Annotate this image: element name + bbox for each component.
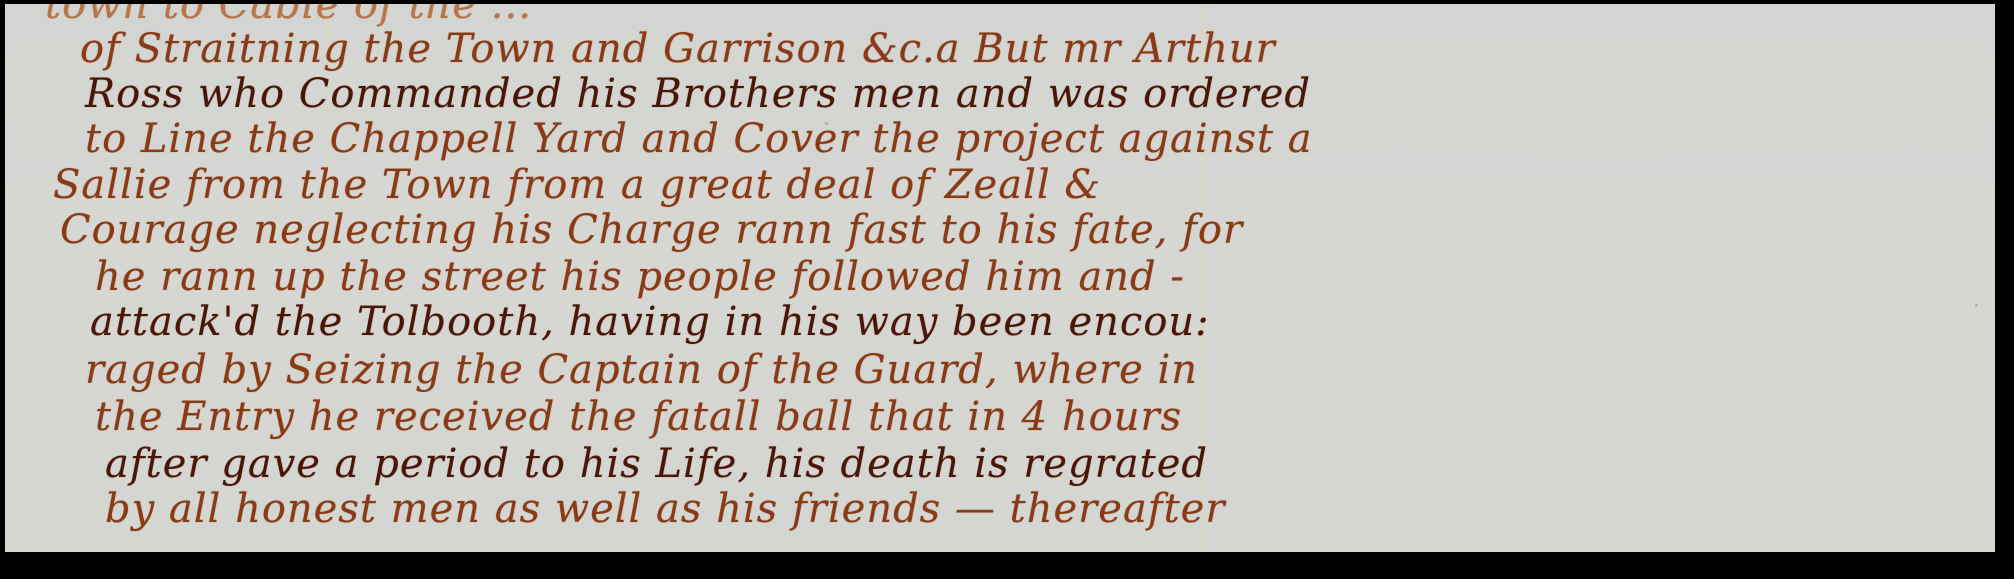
- manuscript-line-5: Courage neglecting his Charge rann fast …: [60, 207, 1243, 253]
- line-text: after gave a period to his Life, his dea…: [105, 441, 1208, 487]
- manuscript-line-7: attack'd the Tolbooth, having in his way…: [90, 299, 1210, 345]
- line-text: of Straitning the Town and Garrison &c.a…: [80, 26, 1276, 72]
- manuscript-line-10: after gave a period to his Life, his dea…: [105, 441, 1208, 487]
- manuscript-line-3: to Line the Chappell Yard and Cover the …: [85, 116, 1313, 162]
- paper-speck: [1975, 304, 1978, 307]
- manuscript-line-2: Ross who Commanded his Brothers men and …: [85, 71, 1311, 117]
- line-text: town to Cable of the ...: [45, 4, 532, 28]
- line-text: Sallie from the Town from a great deal o…: [53, 162, 1101, 208]
- manuscript-line-0: town to Cable of the ...: [45, 4, 566, 28]
- line-text: by all honest men as well as his friends…: [105, 486, 1225, 532]
- manuscript-line-8: raged by Seizing the Captain of the Guar…: [85, 347, 1198, 393]
- manuscript-line-12: ...: [125, 532, 166, 552]
- manuscript-line-6: he rann up the street his people followe…: [95, 254, 1185, 300]
- line-text: attack'd the Tolbooth, having in his way…: [90, 299, 1210, 345]
- scan-border: town to Cable of the ... of Straitning t…: [0, 0, 2014, 579]
- manuscript-line-11: by all honest men as well as his friends…: [105, 486, 1225, 532]
- line-text: he rann up the street his people followe…: [95, 254, 1185, 300]
- line-text: Ross who Commanded his Brothers men and …: [85, 71, 1311, 117]
- manuscript-line-9: the Entry he received the fatall ball th…: [95, 394, 1182, 440]
- line-text: Courage neglecting his Charge rann fast …: [60, 207, 1243, 253]
- manuscript-line-4: Sallie from the Town from a great deal o…: [53, 162, 1101, 208]
- line-text: the Entry he received the fatall ball th…: [95, 394, 1182, 440]
- line-text: raged by Seizing the Captain of the Guar…: [85, 347, 1198, 393]
- line-text: to Line the Chappell Yard and Cover the …: [85, 116, 1313, 162]
- manuscript-line-1: of Straitning the Town and Garrison &c.a…: [80, 26, 1276, 72]
- manuscript-page: town to Cable of the ... of Straitning t…: [5, 4, 1995, 552]
- line-text: ...: [125, 532, 166, 552]
